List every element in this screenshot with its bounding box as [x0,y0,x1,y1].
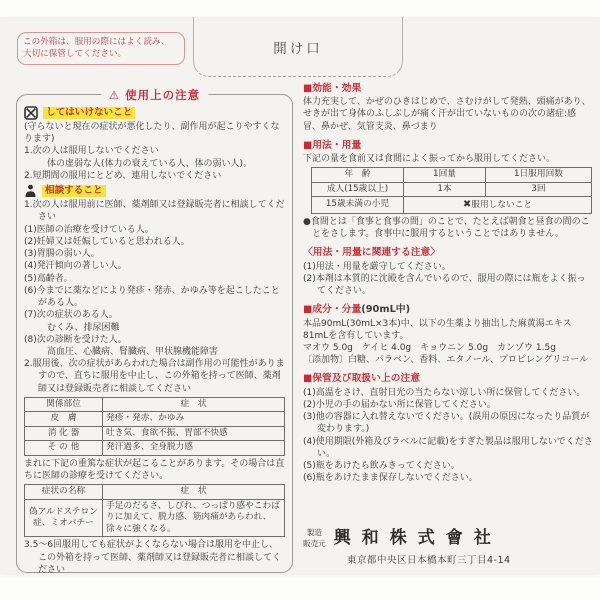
dosage-table: 年 齢 1回量 1日服用回数 成人(15歳以上) 1本 3回 15歳未満の小児 … [311,167,592,213]
symptom-cell: 吐き気、食欲不振、胃部不快感 [103,426,285,440]
times-cell: 3回 [486,182,592,196]
storage-item: (2)小児の手の届かない所に保管してください。 [303,399,594,411]
ingredients-heading-volume: (90mL中) [361,304,410,315]
precautions-title: ⚠ 使用上の注意 [101,87,208,103]
consult-item: (7)次の症状のある人。 むくみ、排尿困難 [24,309,285,333]
consult-item: (8)次の診断を受けた人。 高血圧、心臓病、腎臓病、甲状腺機能障害 [24,334,285,358]
body-part-cell: 皮 膚 [25,412,103,426]
precautions-title-text: 使用上の注意 [125,88,200,102]
ingredients-heading: ■成分・分量(90mL中) [303,304,594,316]
consult-item: (4)発汗傾向の著しい人。 [24,260,285,272]
storage-item: (5)瓶をあけたら飲みきってください。 [303,460,594,472]
column-header: 1回量 [404,168,486,182]
consult-person-icon [24,184,37,198]
ingredients-body: 本品90mL(30mL×3本)中、以下の生薬より抽出した麻黄湯エキス81mLを含… [303,318,594,342]
condition-name-cell: 偽アルドステロン症、ミオパチー [25,499,103,536]
side-effects-table: 関係部位 症 状 皮 膚 発疹・発赤、かゆみ 消 化 器 吐き気、食欲不振、胃部… [24,397,285,456]
age-cell: 成人(15歳以上) [312,182,404,196]
serious-symptoms-intro: まれに下記の重篤な症状が起こることがあります。その場合は直ちに医師の診療を受けて… [24,458,285,482]
consult-item: (6)今までに薬などにより発疹・発赤、かゆみ等を起こしたことがある人。 [24,285,285,309]
dosage-intro: 下記の量を食前又は食間によく振ってから服用してください。 [303,153,594,165]
medicine-box-back-panel: 開け口 この外箱は、服用の際にはよく読み、 大切に保管してください。 ⚠ 使用上… [0,17,600,574]
flap-label: 開け口 [273,37,323,57]
efficacy-heading: ■効能・効果 [303,83,594,95]
ingredients-list: マオウ 5.0g ケイヒ 4.0g キョウニン 5.0g カンゾウ 1.5g [303,342,594,354]
table-row: そ の 他 発汗過多、全身脱力感 [25,441,285,455]
box-opening-flap: 開け口 [193,17,403,77]
usage-note-item: (2)本剤は本質的に沈殿を含んでいるので、服用の際には瓶をよく振ってください。 [303,273,594,297]
serious-symptoms-table: 症状の名称 症 状 偽アルドステロン症、ミオパチー 手足のだるさ、しびれ、つっぱ… [24,484,285,537]
column-header: 症状の名称 [25,485,103,499]
body-part-cell: 消 化 器 [25,426,103,440]
age-cell: 15歳未満の小児 [312,197,404,213]
consult-item: 2.服用後、次の症状があらわれた場合は副作用の可能性がありますので、直ちに服用を… [24,358,285,395]
table-row: 15歳未満の小児 ✖服用しないこと [312,197,592,213]
storage-item: (3)他の容器に入れ替えないでください。(誤用の原因になったり品質が変わります。… [303,411,594,435]
consult-item: (3)胃腸の弱い人。 [24,248,285,260]
consult-item: (1)医師の治療を受けている人。 [24,224,285,236]
warning-triangle-icon: ⚠ [109,88,120,102]
table-row: 成人(15歳以上) 1本 3回 [312,182,592,196]
usage-note-heading: 〈用法・用量に関連する注意〉 [303,247,594,259]
column-header: 症 状 [103,485,285,499]
column-header: 関係部位 [25,397,103,411]
column-header: 年 齢 [312,168,404,182]
table-header-row: 症状の名称 症 状 [25,485,285,499]
company-name: 興和株式會社 [334,523,502,548]
consult-item: 1.次の人は服用前に医師、薬剤師又は登録販売者に相談してください [24,199,285,223]
donts-heading: してはいけないこと [43,107,135,119]
precautions-panel: ⚠ 使用上の注意 してはいけないこと (守らないと現在の症状が悪化したり、副作用… [16,94,293,573]
ingredients-heading-red: ■成分・分量 [303,304,361,315]
keep-note: この外箱は、服用の際にはよく読み、 大切に保管してください。 [17,32,185,65]
consult-item: (2)妊婦又は妊娠していると思われる人。 [24,236,285,248]
donts-item: 1.次の人は服用しないでください 体の虚弱な人(体力の衰えている人、体の弱い人)… [24,145,285,169]
column-header: 1日服用回数 [486,168,592,182]
efficacy-body: 体力充実して、かぜのひきはじめで、さむけがして発熱、頭痛があり、せきが出て身体の… [303,96,594,133]
product-info-column: ■効能・効果 体力充実して、かぜのひきはじめで、さむけがして発熱、頭痛があり、せ… [303,83,594,485]
usage-note-item: (1)用法・用量を厳守してください。 [303,261,594,273]
dosage-heading: ■用法・用量 [303,140,594,152]
manufacturer-block: 製造 販売元 興和株式會社 東京都中央区日本橋本町三丁目4-14 [303,523,594,566]
do-not-take-cell: ✖服用しないこと [404,197,592,213]
donts-item: 2.短期間の服用にとどめ、連用しないでください [24,170,285,182]
storage-item: (4)使用期限(外箱及びラベルに記載)をすぎた製品は服用しないでください。 [303,436,594,460]
ingredients-additives: 〔添加物〕白糖、パラベン、香料、エタノール、プロピレングリコール [303,354,594,366]
do-not-icon [24,106,38,120]
table-row: 偽アルドステロン症、ミオパチー 手足のだるさ、しびれ、つっぱり感やこわばりに加え… [25,499,285,536]
manufacturer-row: 製造 販売元 興和株式會社 [303,523,594,550]
consult-heading: 相談すること [42,185,106,197]
manufacturer-role-label: 製造 販売元 [303,527,326,550]
symptom-cell: 発汗過多、全身脱力感 [103,441,285,455]
consult-item: (5)高齢者。 [24,273,285,285]
storage-heading: ■保管及び取扱い上の注意 [303,373,594,385]
company-address: 東京都中央区日本橋本町三丁目4-14 [347,552,594,566]
consult-heading-row: 相談すること [24,184,285,198]
column-header: 症 状 [103,397,285,411]
dosage-note: ●食間とは「食事と食事の間」のことで、たとえば朝食と昼食の間のことをさします。食… [303,216,594,240]
storage-item: (1)高温をさけ、直射日光の当たらない涼しい所に保管してください。 [303,387,594,399]
table-row: 皮 膚 発疹・発赤、かゆみ [25,412,285,426]
body-part-cell: そ の 他 [25,441,103,455]
table-header-row: 年 齢 1回量 1日服用回数 [312,168,592,182]
donts-heading-row: してはいけないこと [24,106,285,120]
storage-item: (6)瓶をあけたまま保存しないでください。 [303,472,594,484]
table-header-row: 関係部位 症 状 [25,397,285,411]
symptom-cell: 発疹・発赤、かゆみ [103,412,285,426]
precautions-final-item: 3.5〜6回服用しても症状がよくならない場合は服用を中止し、この外箱を持って医師… [24,539,285,576]
symptom-cell: 手足のだるさ、しびれ、つっぱり感やこわばりに加えて、脱力感、筋肉痛があらわれ、徐… [103,499,285,536]
amount-cell: 1本 [404,182,486,196]
do-not-take-text: 服用しないこと [471,200,532,210]
donts-note: (守らないと現在の症状が悪化したり、副作用が起こりやすくなります) [24,121,285,145]
table-row: 消 化 器 吐き気、食欲不振、胃部不快感 [25,426,285,440]
